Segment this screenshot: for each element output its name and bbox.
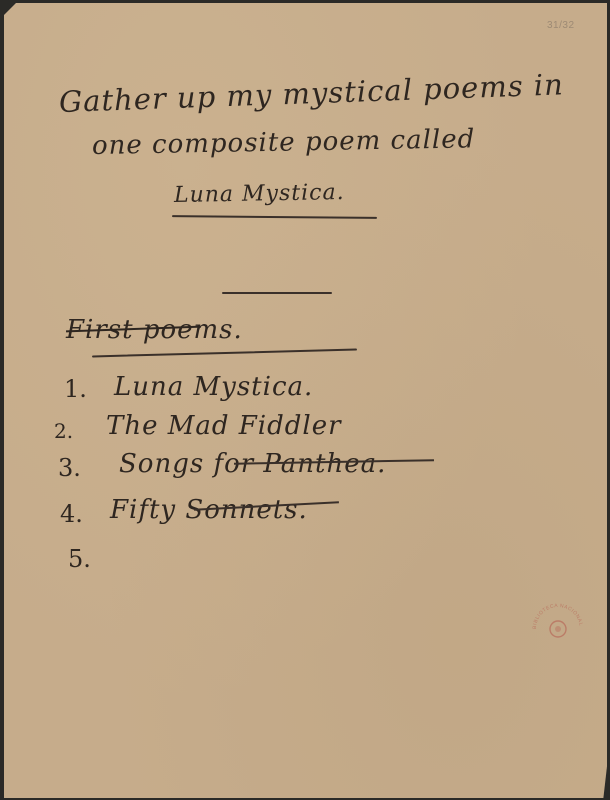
note-line-2: one composite poem called <box>92 124 476 161</box>
scanned-document: 31/32 Gather up my mystical poems in one… <box>0 0 610 800</box>
list-title: The Mad Fiddler <box>106 411 342 441</box>
stamp-text: BIBLIOTECA NACIONAL <box>532 603 584 629</box>
list-number: 5. <box>68 545 91 573</box>
separator-line <box>222 292 332 294</box>
svg-text:BIBLIOTECA NACIONAL: BIBLIOTECA NACIONAL <box>532 603 584 629</box>
note-line-1: Gather up my mystical poems in <box>58 67 564 119</box>
list-number: 1. <box>64 375 87 403</box>
title-underline <box>172 215 377 219</box>
list-title: Luna Mystica. <box>114 372 313 402</box>
heading-underline <box>92 349 357 358</box>
library-stamp-icon: BIBLIOTECA NACIONAL <box>530 599 586 647</box>
archive-number: 31/32 <box>547 20 575 31</box>
list-number: 4. <box>60 500 83 528</box>
manuscript-page: 31/32 Gather up my mystical poems in one… <box>4 3 607 798</box>
list-number: 3. <box>58 454 81 482</box>
composite-poem-title: Luna Mystica. <box>174 180 345 208</box>
list-number: 2. <box>54 419 73 443</box>
